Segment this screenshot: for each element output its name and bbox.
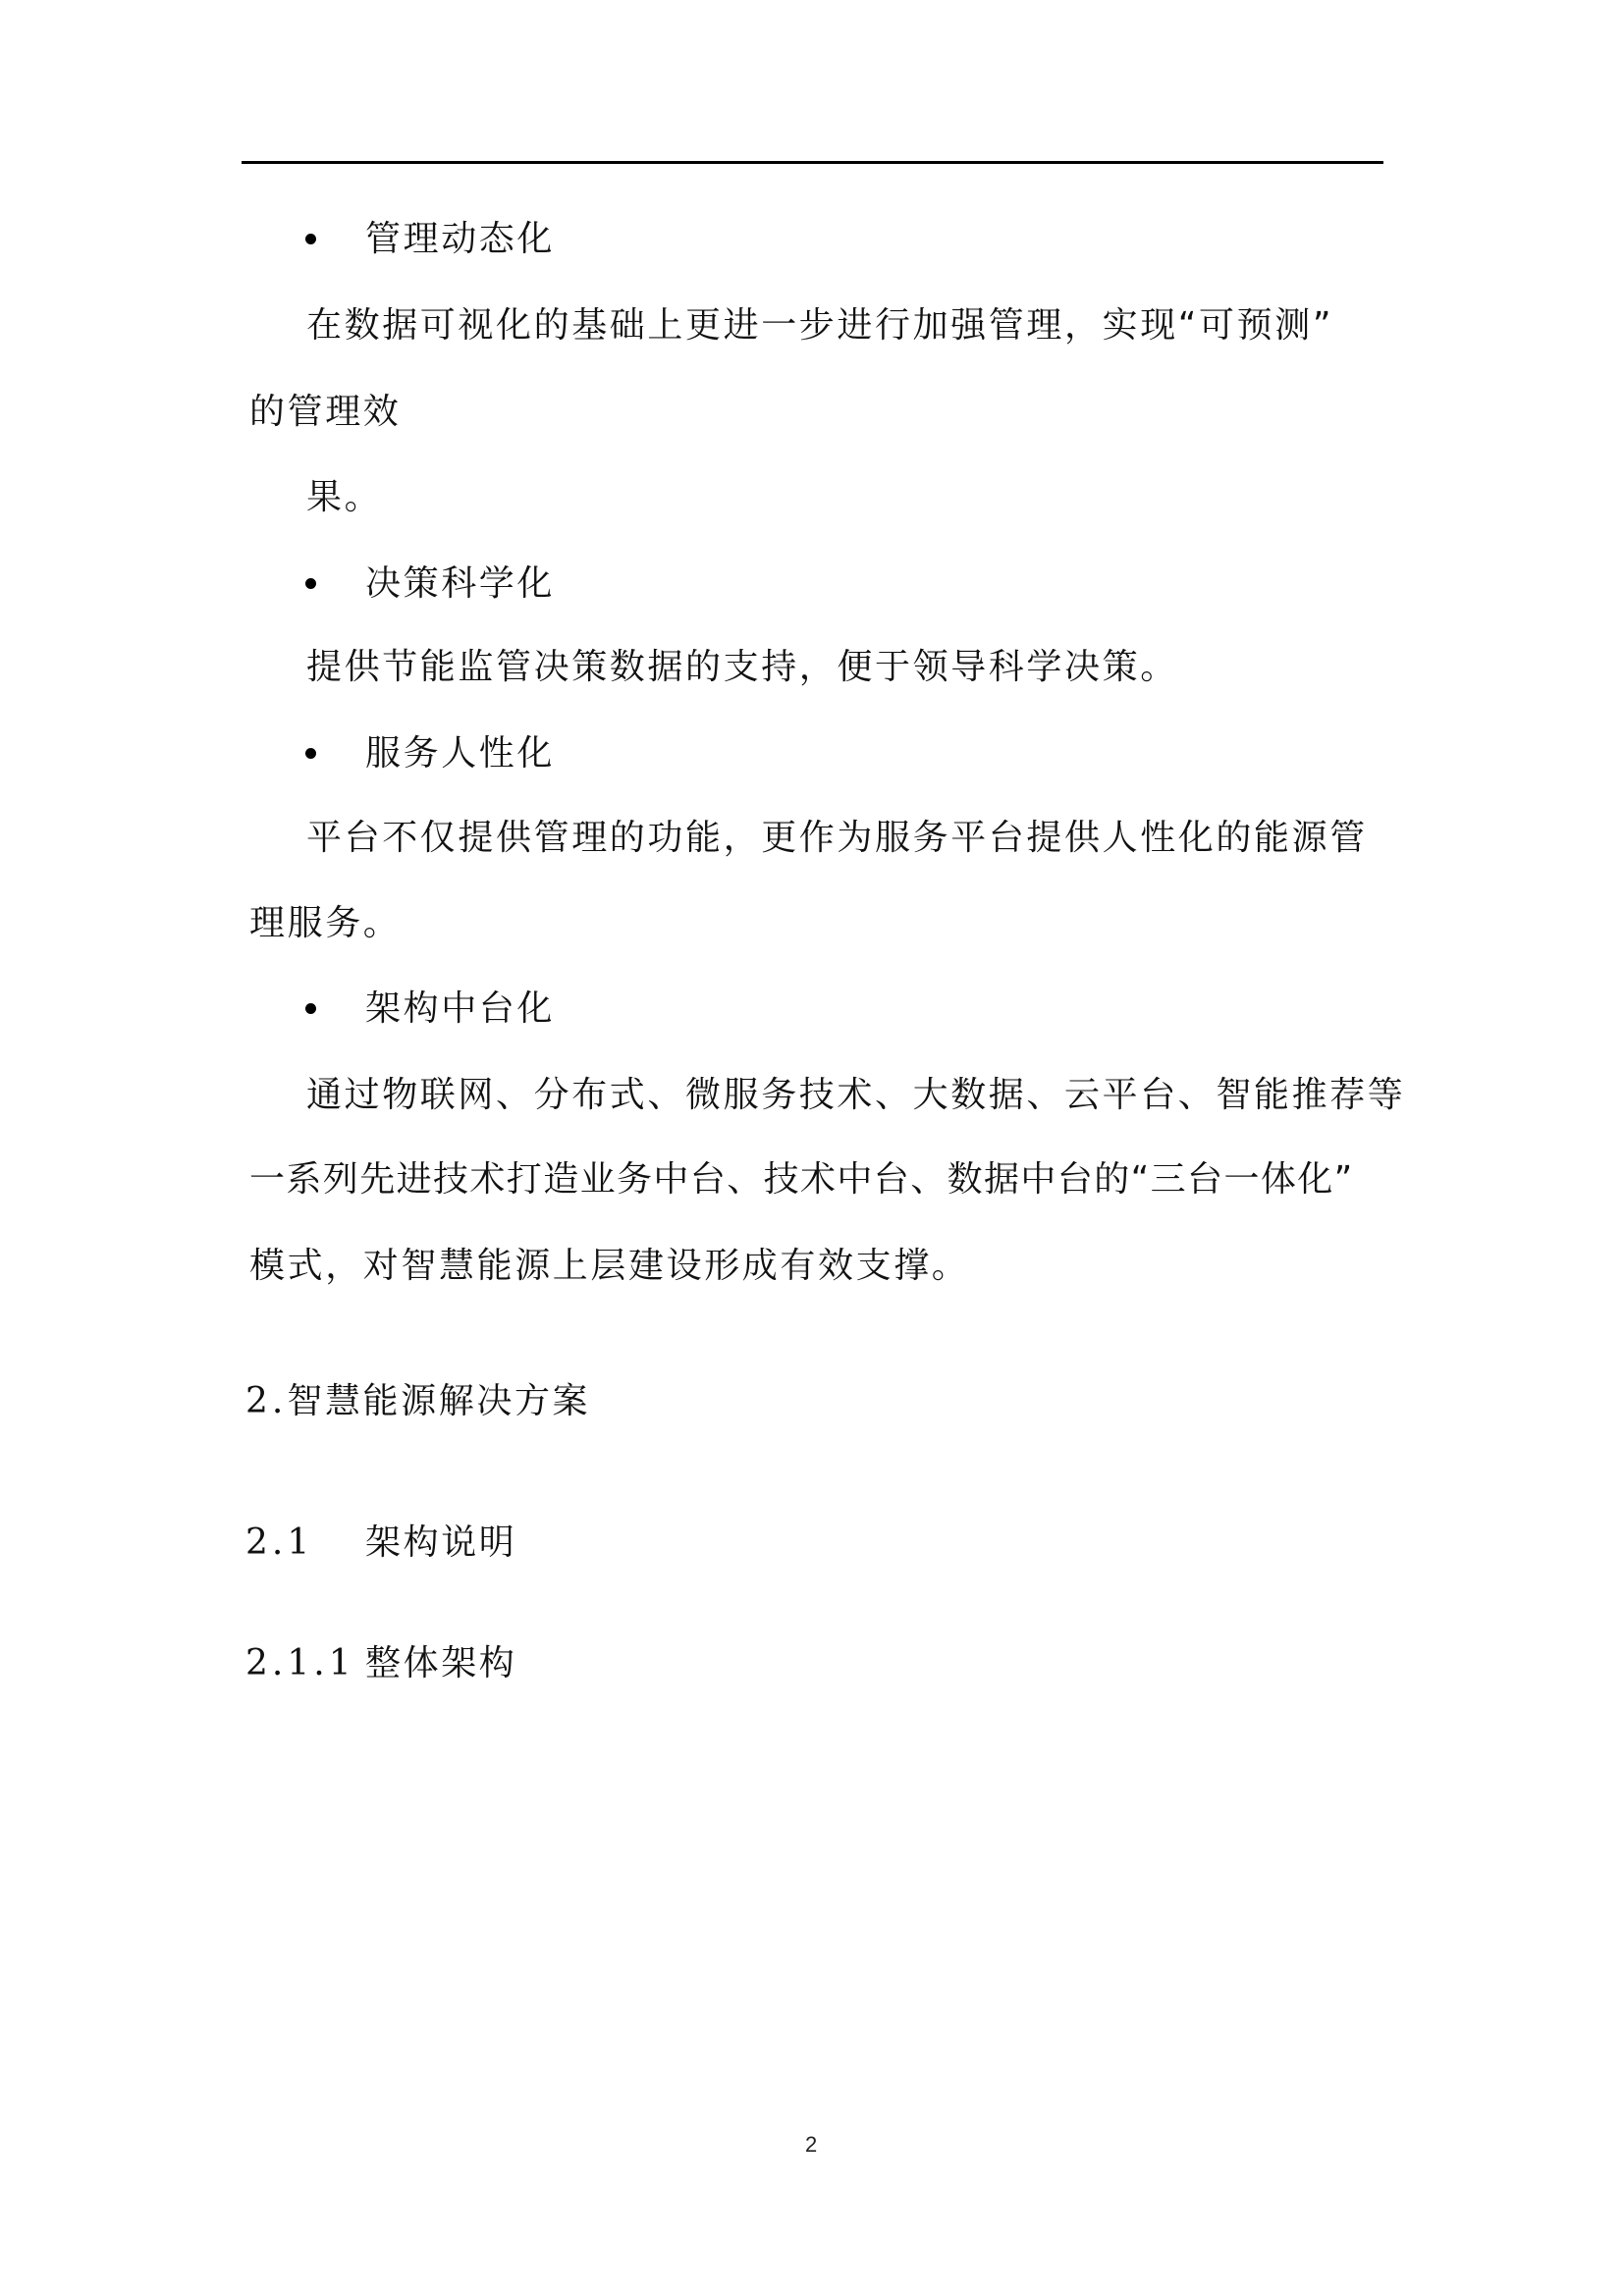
- heading-number: 2.: [245, 1382, 287, 1421]
- bullet-heading: 架构中台化: [365, 989, 555, 1029]
- section-heading: 2.智慧能源解决方案: [245, 1382, 590, 1421]
- subsubsection-heading: 2.1.1整体架构: [245, 1644, 516, 1683]
- subsection-heading: 2.1架构说明: [245, 1523, 516, 1563]
- body-text: 模式，对智慧能源上层建设形成有效支撑。: [249, 1247, 969, 1286]
- bullet-icon: [305, 234, 316, 244]
- heading-title: 整体架构: [365, 1643, 516, 1683]
- document-page: 管理动态化 在数据可视化的基础上更进一步进行加强管理，实现“可预测” 的管理效 …: [0, 0, 1624, 2296]
- body-text: 一系列先进技术打造业务中台、技术中台、数据中台的“三台一体化”: [249, 1160, 1354, 1200]
- body-text: 平台不仅提供管理的功能，更作为服务平台提供人性化的能源管: [306, 819, 1368, 858]
- body-text: 果。: [306, 478, 382, 517]
- heading-title: 智慧能源解决方案: [287, 1381, 590, 1421]
- bullet-icon: [305, 578, 316, 589]
- body-text: 提供节能监管决策数据的支持，便于领导科学决策。: [306, 648, 1178, 687]
- heading-title: 架构说明: [365, 1522, 516, 1563]
- bullet-icon: [305, 748, 316, 759]
- heading-number: 2.1: [245, 1523, 365, 1563]
- bullet-heading: 服务人性化: [365, 734, 555, 774]
- page-number: 2: [805, 2132, 817, 2158]
- bullet-heading: 决策科学化: [365, 564, 555, 604]
- body-text: 通过物联网、分布式、微服务技术、大数据、云平台、智能推荐等: [306, 1076, 1405, 1115]
- body-text: 理服务。: [249, 904, 401, 943]
- bullet-heading: 管理动态化: [365, 220, 555, 259]
- heading-number: 2.1.1: [245, 1644, 365, 1683]
- body-text: 的管理效: [249, 393, 401, 432]
- body-text: 在数据可视化的基础上更进一步进行加强管理，实现“可预测”: [306, 306, 1333, 346]
- bullet-icon: [305, 1003, 316, 1014]
- header-rule: [242, 161, 1383, 164]
